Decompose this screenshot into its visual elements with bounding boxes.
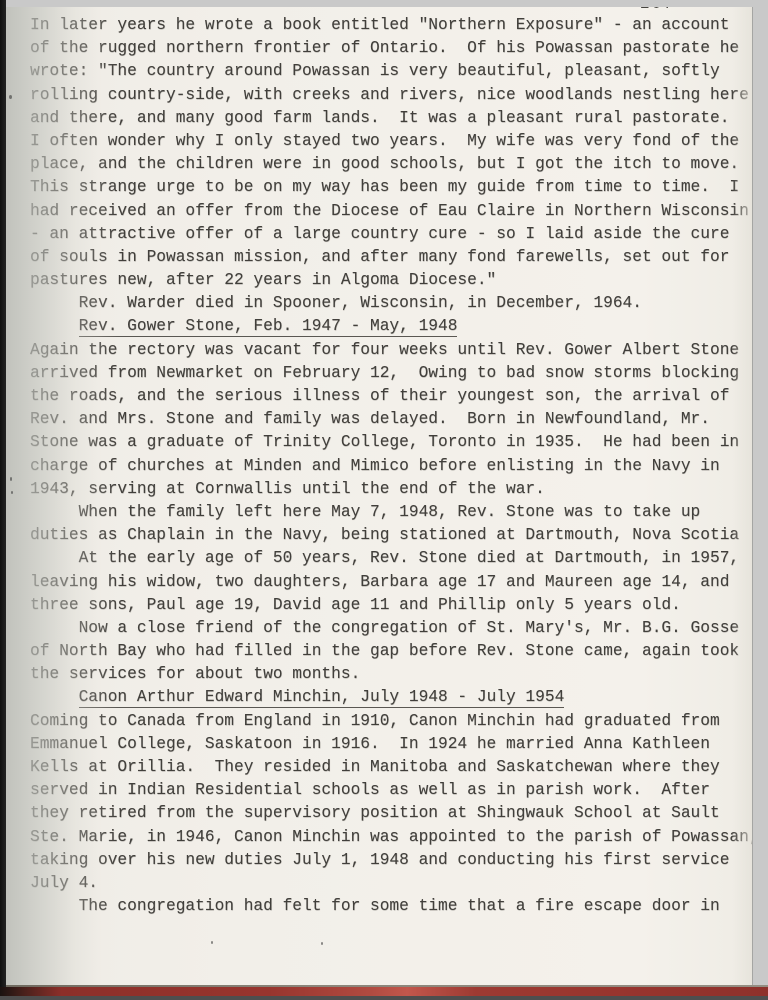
document-line: of North Bay who had filled in the gap b… xyxy=(30,640,752,663)
document-line: Rev. Warder died in Spooner, Wisconsin, … xyxy=(30,292,752,315)
document-line: pastures new, after 22 years in Algoma D… xyxy=(30,269,752,292)
document-text: In later years he wrote a book entitled … xyxy=(30,14,752,918)
scanned-page: 207 In later years he wrote a book entit… xyxy=(6,7,753,986)
heading-underlined-text: Rev. Gower Stone, Feb. 1947 - May, 1948 xyxy=(79,317,458,337)
document-line: Kells at Orillia. They resided in Manito… xyxy=(30,756,752,779)
document-line: Stone was a graduate of Trinity College,… xyxy=(30,431,752,454)
document-heading-line: Rev. Gower Stone, Feb. 1947 - May, 1948 xyxy=(30,315,752,338)
document-line: Again the rectory was vacant for four we… xyxy=(30,339,752,362)
document-line: duties as Chaplain in the Navy, being st… xyxy=(30,524,752,547)
document-line: the roads, and the serious illness of th… xyxy=(30,385,752,408)
document-line: arrived from Newmarket on February 12, O… xyxy=(30,362,752,385)
document-line: Rev. and Mrs. Stone and family was delay… xyxy=(30,408,752,431)
document-line: they retired from the supervisory positi… xyxy=(30,802,752,825)
heading-underlined-text: Canon Arthur Edward Minchin, July 1948 -… xyxy=(79,688,565,708)
document-line: and there, and many good farm lands. It … xyxy=(30,107,752,130)
dust-speck xyxy=(9,95,12,99)
document-line: taking over his new duties July 1, 1948 … xyxy=(30,849,752,872)
document-line: I often wonder why I only stayed two yea… xyxy=(30,130,752,153)
document-heading-line: Canon Arthur Edward Minchin, July 1948 -… xyxy=(30,686,752,709)
dust-speck xyxy=(211,941,213,944)
document-line: The congregation had felt for some time … xyxy=(30,895,752,918)
document-line: Ste. Marie, in 1946, Canon Minchin was a… xyxy=(30,826,752,849)
document-line: charge of churches at Minden and Mimico … xyxy=(30,455,752,478)
scanned-book-photo: { "scan": { "page_number_fragment": "207… xyxy=(0,0,768,1000)
page-number-fragment: 207 xyxy=(640,7,675,13)
document-line: Emmanuel College, Saskatoon in 1916. In … xyxy=(30,733,752,756)
dust-speck xyxy=(10,477,12,481)
document-line: Now a close friend of the congregation o… xyxy=(30,617,752,640)
document-line: This strange urge to be on my way has be… xyxy=(30,176,752,199)
document-line: In later years he wrote a book entitled … xyxy=(30,14,752,37)
document-line: rolling country-side, with creeks and ri… xyxy=(30,84,752,107)
document-line: had received an offer from the Diocese o… xyxy=(30,200,752,223)
document-line: of souls in Powassan mission, and after … xyxy=(30,246,752,269)
document-line: of the rugged northern frontier of Ontar… xyxy=(30,37,752,60)
dust-speck xyxy=(11,491,13,494)
document-line: served in Indian Residential schools as … xyxy=(30,779,752,802)
document-line: July 4. xyxy=(30,872,752,895)
book-cover-red-edge xyxy=(0,987,768,996)
document-line: Coming to Canada from England in 1910, C… xyxy=(30,710,752,733)
dust-speck xyxy=(321,942,323,945)
document-line: the services for about two months. xyxy=(30,663,752,686)
document-line: When the family left here May 7, 1948, R… xyxy=(30,501,752,524)
document-line: place, and the children were in good sch… xyxy=(30,153,752,176)
document-line: leaving his widow, two daughters, Barbar… xyxy=(30,571,752,594)
document-line: three sons, Paul age 19, David age 11 an… xyxy=(30,594,752,617)
document-line: - an attractive offer of a large country… xyxy=(30,223,752,246)
document-line: 1943, serving at Cornwallis until the en… xyxy=(30,478,752,501)
document-line: wrote: "The country around Powassan is v… xyxy=(30,60,752,83)
scan-bottom-bar xyxy=(0,996,768,1000)
document-line: At the early age of 50 years, Rev. Stone… xyxy=(30,547,752,570)
